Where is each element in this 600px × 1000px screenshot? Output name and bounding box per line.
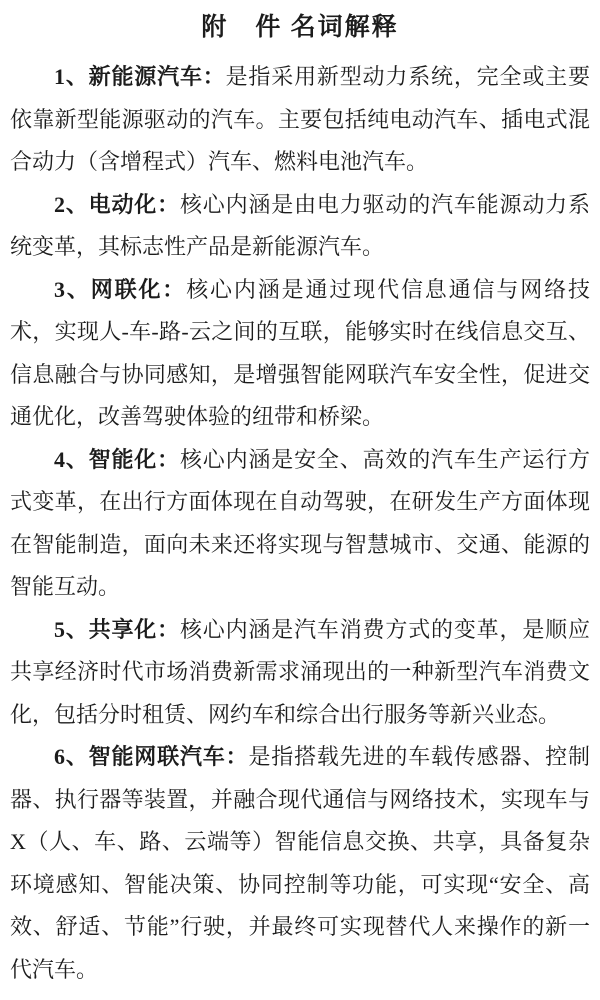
- definition-paragraph: 6、智能网联汽车：是指搭载先进的车载传感器、控制器、执行器等装置，并融合现代通信…: [10, 736, 590, 991]
- term-label: 4、智能化：: [54, 447, 180, 472]
- definition-paragraph: 4、智能化：核心内涵是安全、高效的汽车生产运行方式变革，在出行方面体现在自动驾驶…: [10, 439, 590, 609]
- term-label: 6、智能网联汽车：: [54, 744, 248, 769]
- definition-paragraph: 5、共享化：核心内涵是汽车消费方式的变革，是顺应共享经济时代市场消费新需求涌现出…: [10, 609, 590, 737]
- definition-paragraph: 1、新能源汽车：是指采用新型动力系统，完全或主要依靠新型能源驱动的汽车。主要包括…: [10, 56, 590, 184]
- term-label: 1、新能源汽车：: [54, 64, 226, 89]
- document-page: 附 件 名词解释 1、新能源汽车：是指采用新型动力系统，完全或主要依靠新型能源驱…: [0, 0, 600, 1000]
- definition-text: 是指搭载先进的车载传感器、控制器、执行器等装置，并融合现代通信与网络技术，实现车…: [10, 744, 590, 982]
- definitions-list: 1、新能源汽车：是指采用新型动力系统，完全或主要依靠新型能源驱动的汽车。主要包括…: [10, 56, 590, 991]
- term-label: 2、电动化：: [54, 192, 180, 217]
- term-label: 3、网联化：: [54, 277, 186, 302]
- page-title: 附 件 名词解释: [10, 12, 590, 44]
- definition-paragraph: 3、网联化：核心内涵是通过现代信息通信与网络技术，实现人-车-路-云之间的互联，…: [10, 269, 590, 439]
- definition-paragraph: 2、电动化：核心内涵是由电力驱动的汽车能源动力系统变革，其标志性产品是新能源汽车…: [10, 184, 590, 269]
- term-label: 5、共享化：: [54, 617, 180, 642]
